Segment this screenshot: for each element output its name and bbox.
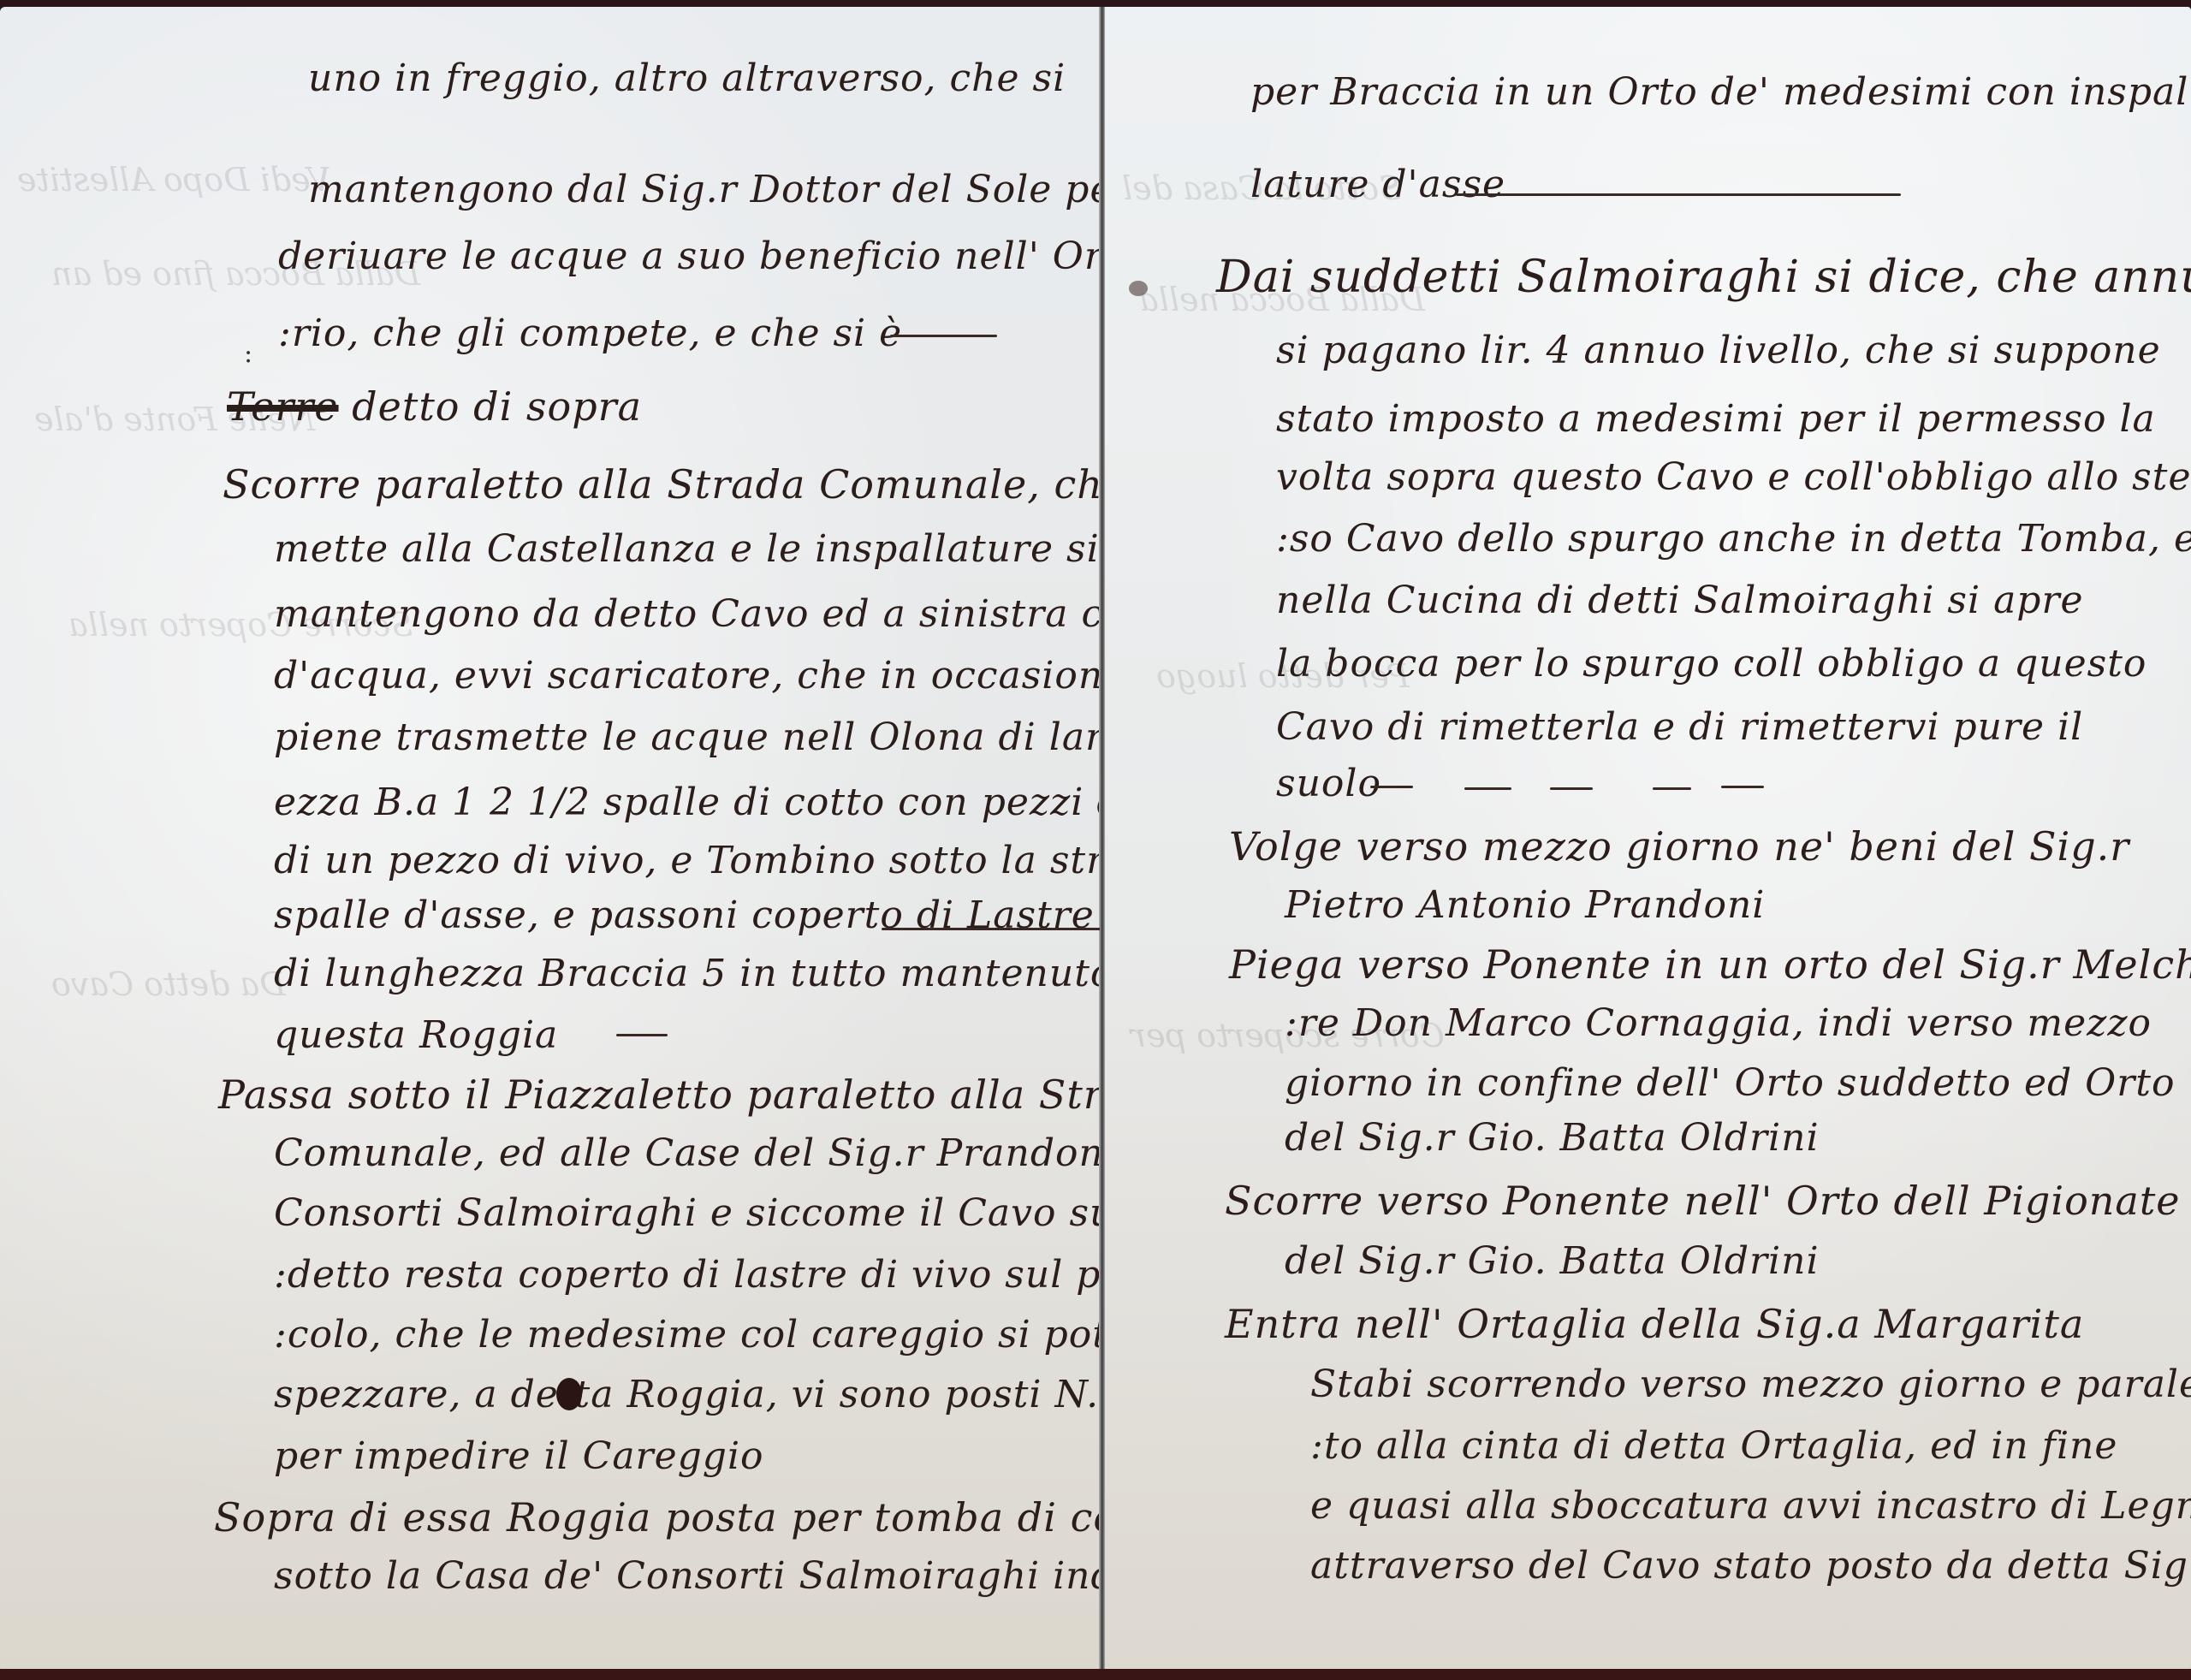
text-line: Comunale, ed alle Case del Sig.r Prandon… [274, 1135, 1100, 1172]
text-line: mantengono dal Sig.r Dottor del Sole per [308, 171, 1100, 209]
ink-smudge [1129, 281, 1148, 296]
line-fill-dash [616, 1034, 668, 1036]
text-line: Entra nell' Ortaglia della Sig.a Margari… [1225, 1304, 2084, 1344]
text-line: :detto resta coperto di lastre di vivo s… [274, 1256, 1100, 1294]
left-page: Vedi Dopo Allestite Dalla Bocca fino ed … [0, 7, 1100, 1671]
text-line: per Braccia in un Orto de' medesimi con … [1250, 74, 2191, 111]
text-line: Dai suddetti Salmoiraghi si dice, che an… [1216, 255, 2191, 300]
text-line: Terre detto di sopra [227, 387, 642, 426]
text-line: la bocca per lo spurgo coll obbligo a qu… [1276, 645, 2146, 683]
right-page: Sotto la Casa del Dalla Bocca nella Per … [1105, 7, 2191, 1671]
section-rule [1456, 193, 1901, 196]
text-line: :re Don Marco Cornaggia, indi verso mezz… [1285, 1005, 2152, 1042]
text-line: di lunghezza Braccia 5 in tutto mantenut… [274, 955, 1100, 993]
text-line: lature d'asse [1250, 166, 1505, 204]
text-line: giorno in confine dell' Orto suddetto ed… [1285, 1065, 2175, 1102]
text-line-content: detto di sopra [352, 383, 642, 430]
text-line: attraverso del Cavo stato posto da detta… [1310, 1547, 2191, 1585]
text-line: Cavo di rimetterla e di rimettervi pure … [1276, 709, 2083, 746]
line-fill-dash [1464, 787, 1511, 790]
text-line: stato imposto a medesimi per il permesso… [1276, 401, 2156, 438]
text-line: Consorti Salmoiraghi e siccome il Cavo s… [274, 1195, 1100, 1232]
text-line: uno in freggio, altro altraverso, che si [308, 60, 1066, 98]
line-fill-dash [890, 335, 997, 337]
line-fill-dash [1370, 786, 1413, 788]
text-line: questa Roggia [274, 1017, 558, 1054]
text-line: :rio, che gli compete, e che si è [278, 315, 902, 353]
text-line: Piega verso Ponente in un orto del Sig.r… [1229, 945, 2191, 984]
background-bottom-edge [0, 1669, 2191, 1680]
manuscript-spread: Vedi Dopo Allestite Dalla Bocca fino ed … [0, 0, 2191, 1680]
bleed-through-text: Da detto Cavo [51, 965, 286, 1003]
text-line: e quasi alla sboccatura avvi incastro di… [1310, 1487, 2191, 1525]
text-line: spezzare, a detta Roggia, vi sono posti … [274, 1376, 1100, 1414]
ink-blot [556, 1378, 582, 1410]
text-line: Scorre paraletto alla Strada Comunale, c… [223, 465, 1100, 504]
text-line: mantengono da detto Cavo ed a sinistra c… [274, 596, 1100, 633]
text-line: nella Cucina di detti Salmoiraghi si apr… [1276, 582, 2084, 620]
text-line: Volge verso mezzo giorno ne' beni del Si… [1229, 827, 2129, 866]
text-line: Scorre verso Ponente nell' Orto dell Pig… [1225, 1181, 2181, 1220]
text-line: del Sig.r Gio. Batta Oldrini [1285, 1243, 1820, 1280]
text-line: :so Cavo dello spurgo anche in detta Tom… [1276, 520, 2191, 558]
section-rule [882, 928, 1100, 930]
text-line: si pagano lir. 4 annuo livello, che si s… [1276, 332, 2161, 370]
text-line: di un pezzo di vivo, e Tombino sotto la … [274, 842, 1100, 880]
text-line: Sopra di essa Roggia posta per tomba di … [214, 1498, 1100, 1537]
text-line: Pietro Antonio Prandoni [1285, 887, 1765, 924]
bleed-through-text: Vedi Dopo Allestite [17, 161, 331, 199]
line-fill-dash [1721, 786, 1764, 788]
text-line: d'acqua, evvi scaricatore, che in occasi… [274, 657, 1100, 695]
text-line: del Sig.r Gio. Batta Oldrini [1285, 1119, 1820, 1157]
text-line: mette alla Castellanza e le inspallature… [274, 531, 1100, 568]
text-line: :to alla cinta di detta Ortaglia, ed in … [1310, 1428, 2117, 1465]
struck-word: Terre [227, 383, 339, 430]
text-line: sotto la Casa de' Consorti Salmoiraghi i… [274, 1558, 1100, 1595]
text-line: Stabi scorrendo verso mezzo giorno e par… [1310, 1366, 2191, 1404]
text-line: volta sopra questo Cavo e coll'obbligo a… [1276, 459, 2191, 496]
text-line: piene trasmette le acque nell Olona di l… [274, 719, 1100, 757]
text-line: suolo [1276, 765, 1381, 803]
text-line: deriuare le acque a suo beneficio nell' … [278, 238, 1100, 276]
line-fill-dash [1653, 787, 1691, 790]
text-line: Passa sotto il Piazzaletto paraletto all… [218, 1075, 1100, 1114]
margin-mark: : [244, 339, 252, 369]
text-line: :colo, che le medesime col careggio si p… [274, 1316, 1100, 1354]
line-fill-dash [1550, 787, 1593, 790]
text-line: ezza B.a 1 2 1/2 spalle di cotto con pez… [274, 784, 1100, 822]
text-line: per impedire il Careggio [274, 1438, 764, 1475]
